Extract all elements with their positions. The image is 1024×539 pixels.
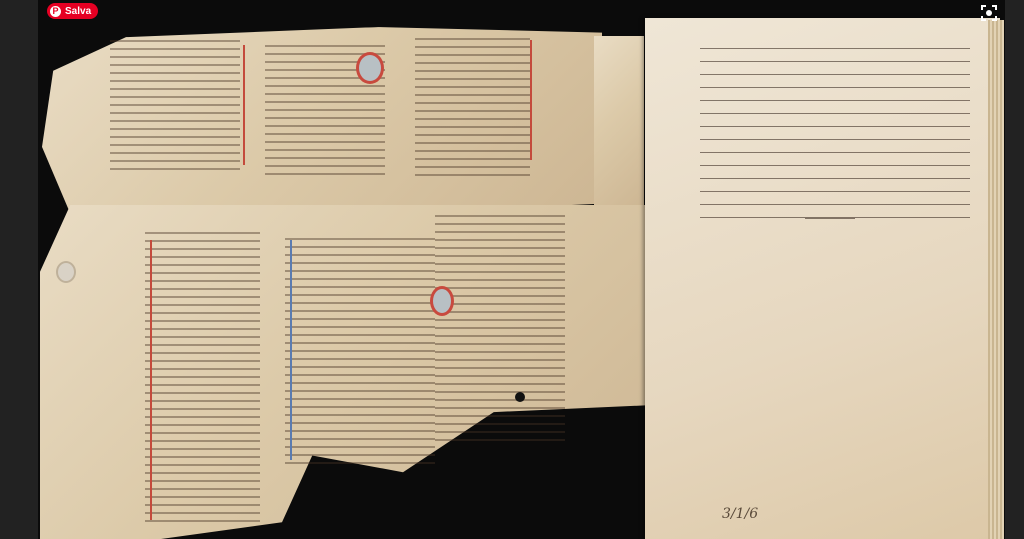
red-rule [150,240,152,520]
blue-rule [290,240,292,460]
lens-corner [992,16,997,21]
text-column [435,215,565,445]
lens-center [986,10,992,16]
left-margin-strip [0,0,38,539]
folio-number: 3/1/6 [722,506,758,522]
red-rule [243,45,245,165]
binding-hole [56,261,76,283]
manuscript-fragment-strip [594,36,644,206]
handwritten-notes [700,48,970,218]
illuminated-initial [356,52,384,84]
visual-search-lens-icon [981,5,986,10]
text-column [415,36,530,176]
illuminated-initial [430,286,454,316]
handwritten-notes-end [805,218,855,230]
text-column [110,40,240,170]
right-margin-strip [1005,0,1024,539]
visual-search-button[interactable] [981,5,997,21]
lens-corner [992,5,997,10]
text-column [145,232,260,522]
save-label: Salva [65,6,91,17]
lens-corner [981,16,986,21]
stain [515,392,525,402]
pinterest-save-button[interactable]: P Salva [47,3,98,19]
text-column [285,238,435,468]
page-edges [988,20,1004,539]
red-rule [530,40,532,160]
pinterest-icon: P [50,6,61,17]
